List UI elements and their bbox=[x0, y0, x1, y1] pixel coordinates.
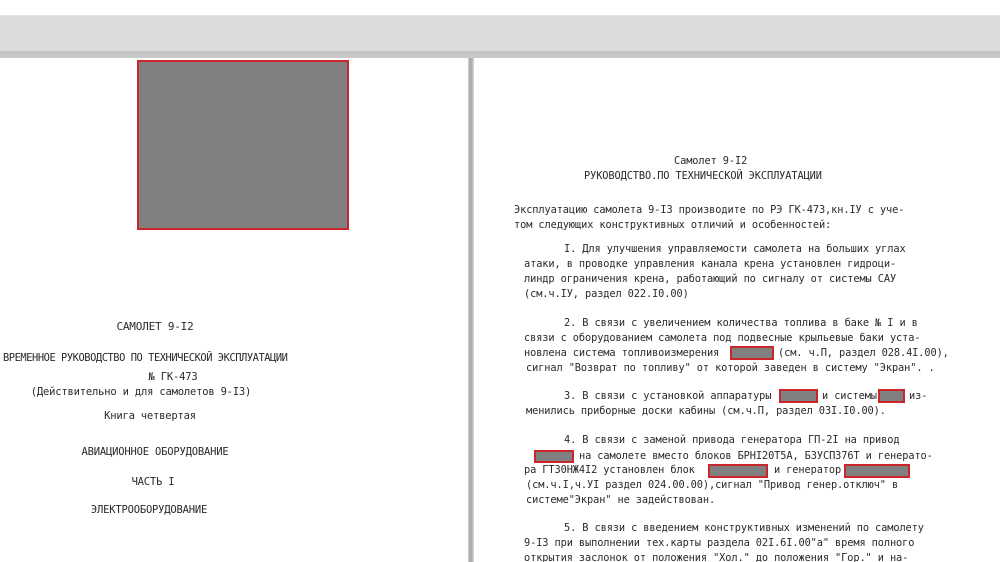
item2-line-3: новлена система топливоизмерения bbox=[524, 347, 719, 359]
item5-line-1: 5. В связи с введением конструктивных из… bbox=[564, 522, 924, 534]
item3-line-2: менились приборные доски кабины (см.ч.П,… bbox=[526, 405, 886, 417]
item3-line-1c: из- bbox=[909, 390, 927, 402]
item4-line-3a: ра ГТ30НЖ4I2 установлен блок bbox=[524, 464, 695, 476]
item1-line-4: (см.ч.IУ, раздел 022.I0.00) bbox=[524, 288, 689, 300]
redacted-field bbox=[878, 389, 905, 403]
item4-line-3b: и генератор bbox=[774, 464, 841, 476]
redacted-field bbox=[534, 450, 574, 463]
item3-line-1a: 3. В связи с установкой аппаратуры bbox=[564, 390, 771, 402]
intro-line-2: том следующих конструктивных отличий и о… bbox=[514, 219, 831, 231]
redacted-field bbox=[730, 346, 774, 360]
cover-title: ВРЕМЕННОЕ РУКОВОДСТВО ПО ТЕХНИЧЕСКОЙ ЭКС… bbox=[3, 352, 287, 364]
cover-number: № ГК-473 bbox=[18, 371, 328, 383]
redacted-photo bbox=[137, 60, 349, 230]
item4-line-5: системе"Экран" не задействован. bbox=[526, 494, 715, 506]
viewer-toolbar bbox=[0, 15, 1000, 54]
redacted-field bbox=[708, 464, 768, 478]
cover-part: ЧАСТЬ I bbox=[0, 476, 308, 488]
document-viewer[interactable]: САМОЛЕТ 9-I2 ВРЕМЕННОЕ РУКОВОДСТВО ПО ТЕ… bbox=[0, 54, 1000, 562]
cover-book: Книга четвертая bbox=[0, 410, 305, 422]
item4-line-2: на самолете вместо блоков БРНI20Т5А, БЗУ… bbox=[579, 450, 933, 462]
item2-line-4: сигнал "Возврат по топливу" от которой з… bbox=[526, 362, 935, 374]
item3-line-1b: и системы bbox=[822, 390, 877, 402]
header-title: РУКОВОДСТВО.ПО ТЕХНИЧЕСКОЙ ЭКСПЛУАТАЦИИ bbox=[584, 170, 822, 182]
cover-section: АВИАЦИОННОЕ ОБОРУДОВАНИЕ bbox=[0, 446, 310, 458]
item1-line-3: линдр ограничения крена, работающий по с… bbox=[524, 273, 896, 285]
item5-line-2: 9-I3 при выполнении тех.карты раздела 02… bbox=[524, 537, 914, 549]
item2-line-1: 2. В связи с увеличением количества топл… bbox=[564, 317, 918, 329]
item5-line-3: открытия заслонок от положения "Хол." до… bbox=[524, 552, 908, 562]
item4-line-1: 4. В связи с заменой привода генератора … bbox=[564, 434, 899, 446]
cover-valid-for: (Действительно и для самолетов 9-I3) bbox=[0, 386, 296, 398]
item1-line-2: атаки, в проводке управления канала крен… bbox=[524, 258, 896, 270]
item2-line-2: связи с оборудованием самолета под подве… bbox=[524, 332, 920, 344]
cover-aircraft: САМОЛЕТ 9-I2 bbox=[0, 320, 310, 333]
page-content[interactable]: Самолет 9-I2 РУКОВОДСТВО.ПО ТЕХНИЧЕСКОЙ … bbox=[474, 58, 1000, 562]
cover-subsection: ЭЛЕКТРООБОРУДОВАНИЕ bbox=[0, 504, 304, 516]
item2-line-3b: (см. ч.П, раздел 028.4I.00), bbox=[778, 347, 949, 359]
intro-line-1: Эксплуатацию самолета 9-I3 производите п… bbox=[514, 204, 904, 216]
item4-line-4: (см.ч.I,ч.УI раздел 024.00.00),сигнал "П… bbox=[526, 479, 898, 491]
page-cover[interactable]: САМОЛЕТ 9-I2 ВРЕМЕННОЕ РУКОВОДСТВО ПО ТЕ… bbox=[0, 58, 468, 562]
window-top-strip bbox=[0, 0, 1000, 15]
item1-line-1: I. Для улучшения управляемости самолета … bbox=[564, 243, 906, 255]
redacted-field bbox=[779, 389, 818, 403]
redacted-field bbox=[844, 464, 910, 478]
header-aircraft: Самолет 9-I2 bbox=[674, 155, 747, 167]
